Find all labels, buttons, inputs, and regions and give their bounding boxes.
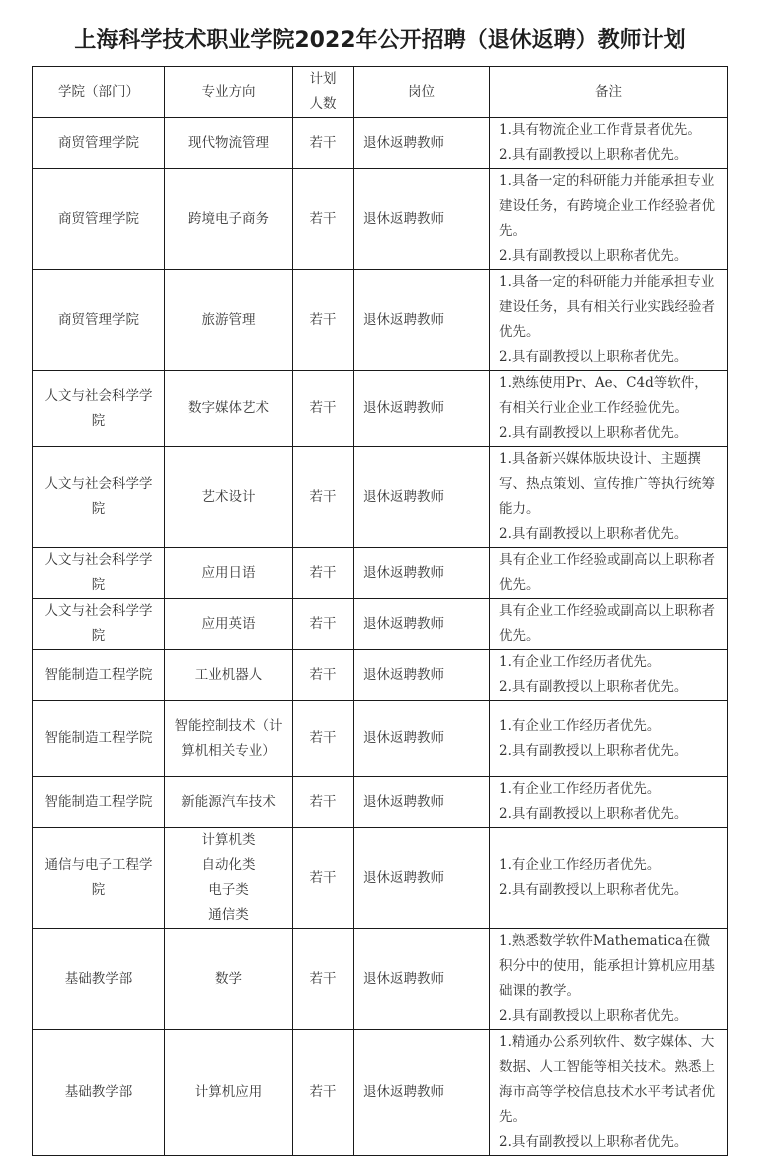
cell-college: 基础教学部 [33, 1030, 165, 1156]
header-post: 岗位 [354, 67, 490, 118]
cell-remark: 1.有企业工作经历者优先。2.具有副教授以上职称者优先。 [490, 777, 728, 828]
remark-line: 2.具有副教授以上职称者优先。 [499, 675, 721, 700]
cell-major: 数字媒体艺术 [165, 371, 293, 447]
remark-line: 2.具有副教授以上职称者优先。 [499, 345, 721, 370]
table-row: 人文与社会科学学院数字媒体艺术若干退休返聘教师1.熟练使用Pr、Ae、C4d等软… [33, 371, 728, 447]
remark-line: 2.具有副教授以上职称者优先。 [499, 739, 721, 764]
table-row: 商贸管理学院旅游管理若干退休返聘教师1.具备一定的科研能力并能承担专业建设任务，… [33, 270, 728, 371]
remark-line: 1.有企业工作经历者优先。 [499, 650, 721, 675]
table-row: 智能制造工程学院智能控制技术（计算机相关专业）若干退休返聘教师1.有企业工作经历… [33, 701, 728, 777]
cell-remark: 1.具备一定的科研能力并能承担专业建设任务，有跨境企业工作经验者优先。2.具有副… [490, 169, 728, 270]
cell-post: 退休返聘教师 [354, 169, 490, 270]
cell-major: 现代物流管理 [165, 118, 293, 169]
cell-post: 退休返聘教师 [354, 828, 490, 929]
cell-post: 退休返聘教师 [354, 447, 490, 548]
major-line: 跨境电子商务 [171, 207, 286, 232]
remark-line: 具有企业工作经验或副高以上职称者优先。 [499, 599, 721, 649]
cell-count: 若干 [293, 371, 354, 447]
cell-college: 商贸管理学院 [33, 169, 165, 270]
major-line: 现代物流管理 [171, 131, 286, 156]
remark-line: 2.具有副教授以上职称者优先。 [499, 802, 721, 827]
remark-line: 1.具备一定的科研能力并能承担专业建设任务，具有相关行业实践经验者优先。 [499, 270, 721, 345]
cell-post: 退休返聘教师 [354, 929, 490, 1030]
cell-count: 若干 [293, 599, 354, 650]
cell-remark: 1.具备一定的科研能力并能承担专业建设任务，具有相关行业实践经验者优先。2.具有… [490, 270, 728, 371]
cell-remark: 1.有企业工作经历者优先。2.具有副教授以上职称者优先。 [490, 701, 728, 777]
header-count: 计划 人数 [293, 67, 354, 118]
remark-line: 1.有企业工作经历者优先。 [499, 777, 721, 802]
cell-post: 退休返聘教师 [354, 777, 490, 828]
remark-line: 2.具有副教授以上职称者优先。 [499, 522, 721, 547]
cell-major: 计算机应用 [165, 1030, 293, 1156]
cell-count: 若干 [293, 118, 354, 169]
remark-line: 1.熟练使用Pr、Ae、C4d等软件，有相关行业企业工作经验优先。 [499, 371, 721, 421]
cell-college: 人文与社会科学学院 [33, 371, 165, 447]
cell-count: 若干 [293, 929, 354, 1030]
table-row: 基础教学部计算机应用若干退休返聘教师1.精通办公系列软件、数字媒体、大数据、人工… [33, 1030, 728, 1156]
cell-post: 退休返聘教师 [354, 548, 490, 599]
cell-remark: 1.有企业工作经历者优先。2.具有副教授以上职称者优先。 [490, 828, 728, 929]
remark-line: 具有企业工作经验或副高以上职称者优先。 [499, 548, 721, 598]
header-count-line1: 计划 [293, 67, 353, 92]
major-line: 自动化类 [171, 853, 286, 878]
cell-major: 新能源汽车技术 [165, 777, 293, 828]
header-remark: 备注 [490, 67, 728, 118]
cell-college: 智能制造工程学院 [33, 777, 165, 828]
page-title: 上海科学技术职业学院2022年公开招聘（退休返聘）教师计划 [0, 26, 760, 56]
cell-major: 艺术设计 [165, 447, 293, 548]
major-line: 计算机应用 [171, 1080, 286, 1105]
table-row: 人文与社会科学学院应用英语若干退休返聘教师具有企业工作经验或副高以上职称者优先。 [33, 599, 728, 650]
major-line: 新能源汽车技术 [171, 790, 286, 815]
cell-remark: 1.精通办公系列软件、数字媒体、大数据、人工智能等相关技术。熟悉上海市高等学校信… [490, 1030, 728, 1156]
cell-college: 基础教学部 [33, 929, 165, 1030]
remark-line: 1.具备一定的科研能力并能承担专业建设任务，有跨境企业工作经验者优先。 [499, 169, 721, 244]
table-row: 人文与社会科学学院艺术设计若干退休返聘教师1.具备新兴媒体版块设计、主题撰写、热… [33, 447, 728, 548]
table-row: 智能制造工程学院工业机器人若干退休返聘教师1.有企业工作经历者优先。2.具有副教… [33, 650, 728, 701]
table-row: 商贸管理学院跨境电子商务若干退休返聘教师1.具备一定的科研能力并能承担专业建设任… [33, 169, 728, 270]
remark-line: 2.具有副教授以上职称者优先。 [499, 421, 721, 446]
cell-major: 跨境电子商务 [165, 169, 293, 270]
major-line: 电子类 [171, 878, 286, 903]
table-row: 人文与社会科学学院应用日语若干退休返聘教师具有企业工作经验或副高以上职称者优先。 [33, 548, 728, 599]
cell-post: 退休返聘教师 [354, 650, 490, 701]
cell-count: 若干 [293, 447, 354, 548]
major-line: 工业机器人 [171, 663, 286, 688]
major-line: 数学 [171, 967, 286, 992]
cell-post: 退休返聘教师 [354, 701, 490, 777]
table-row: 商贸管理学院现代物流管理若干退休返聘教师1.具有物流企业工作背景者优先。2.具有… [33, 118, 728, 169]
cell-count: 若干 [293, 169, 354, 270]
major-line: 应用日语 [171, 561, 286, 586]
cell-college: 人文与社会科学学院 [33, 447, 165, 548]
major-line: 计算机类 [171, 828, 286, 853]
major-line: 应用英语 [171, 612, 286, 637]
remark-line: 1.熟悉数学软件Mathematica在微积分中的使用，能承担计算机应用基础课的… [499, 929, 721, 1004]
major-line: 数字媒体艺术 [171, 396, 286, 421]
cell-remark: 具有企业工作经验或副高以上职称者优先。 [490, 548, 728, 599]
table-body: 商贸管理学院现代物流管理若干退休返聘教师1.具有物流企业工作背景者优先。2.具有… [33, 118, 728, 1156]
cell-remark: 1.具备新兴媒体版块设计、主题撰写、热点策划、宣传推广等执行统筹能力。2.具有副… [490, 447, 728, 548]
cell-post: 退休返聘教师 [354, 118, 490, 169]
cell-major: 应用日语 [165, 548, 293, 599]
table-row: 基础教学部数学若干退休返聘教师1.熟悉数学软件Mathematica在微积分中的… [33, 929, 728, 1030]
cell-major: 工业机器人 [165, 650, 293, 701]
table-row: 通信与电子工程学院计算机类自动化类电子类通信类若干退休返聘教师1.有企业工作经历… [33, 828, 728, 929]
cell-count: 若干 [293, 828, 354, 929]
major-line: 旅游管理 [171, 308, 286, 333]
cell-college: 智能制造工程学院 [33, 650, 165, 701]
cell-post: 退休返聘教师 [354, 599, 490, 650]
cell-count: 若干 [293, 270, 354, 371]
remark-line: 2.具有副教授以上职称者优先。 [499, 1004, 721, 1029]
cell-major: 旅游管理 [165, 270, 293, 371]
cell-remark: 1.熟练使用Pr、Ae、C4d等软件，有相关行业企业工作经验优先。2.具有副教授… [490, 371, 728, 447]
cell-major: 数学 [165, 929, 293, 1030]
cell-post: 退休返聘教师 [354, 270, 490, 371]
cell-college: 通信与电子工程学院 [33, 828, 165, 929]
cell-count: 若干 [293, 777, 354, 828]
major-line: 智能控制技术（计算机相关专业） [171, 714, 286, 764]
remark-line: 1.精通办公系列软件、数字媒体、大数据、人工智能等相关技术。熟悉上海市高等学校信… [499, 1030, 721, 1130]
table-row: 智能制造工程学院新能源汽车技术若干退休返聘教师1.有企业工作经历者优先。2.具有… [33, 777, 728, 828]
cell-post: 退休返聘教师 [354, 1030, 490, 1156]
remark-line: 2.具有副教授以上职称者优先。 [499, 143, 721, 168]
cell-count: 若干 [293, 701, 354, 777]
cell-college: 智能制造工程学院 [33, 701, 165, 777]
cell-remark: 1.熟悉数学软件Mathematica在微积分中的使用，能承担计算机应用基础课的… [490, 929, 728, 1030]
cell-college: 人文与社会科学学院 [33, 599, 165, 650]
cell-major: 应用英语 [165, 599, 293, 650]
cell-count: 若干 [293, 548, 354, 599]
header-count-line2: 人数 [293, 92, 353, 117]
cell-remark: 1.具有物流企业工作背景者优先。2.具有副教授以上职称者优先。 [490, 118, 728, 169]
cell-remark: 具有企业工作经验或副高以上职称者优先。 [490, 599, 728, 650]
remark-line: 2.具有副教授以上职称者优先。 [499, 878, 721, 903]
recruitment-plan-table: 学院（部门） 专业方向 计划 人数 岗位 备注 商贸管理学院现代物流管理若干退休… [32, 66, 728, 1156]
major-line: 艺术设计 [171, 485, 286, 510]
cell-post: 退休返聘教师 [354, 371, 490, 447]
cell-count: 若干 [293, 1030, 354, 1156]
cell-remark: 1.有企业工作经历者优先。2.具有副教授以上职称者优先。 [490, 650, 728, 701]
remark-line: 1.有企业工作经历者优先。 [499, 853, 721, 878]
remark-line: 2.具有副教授以上职称者优先。 [499, 1130, 721, 1155]
cell-major: 智能控制技术（计算机相关专业） [165, 701, 293, 777]
header-college: 学院（部门） [33, 67, 165, 118]
major-line: 通信类 [171, 903, 286, 928]
header-major: 专业方向 [165, 67, 293, 118]
remark-line: 1.具有物流企业工作背景者优先。 [499, 118, 721, 143]
cell-count: 若干 [293, 650, 354, 701]
cell-college: 商贸管理学院 [33, 118, 165, 169]
cell-college: 商贸管理学院 [33, 270, 165, 371]
remark-line: 1.具备新兴媒体版块设计、主题撰写、热点策划、宣传推广等执行统筹能力。 [499, 447, 721, 522]
remark-line: 1.有企业工作经历者优先。 [499, 714, 721, 739]
remark-line: 2.具有副教授以上职称者优先。 [499, 244, 721, 269]
cell-major: 计算机类自动化类电子类通信类 [165, 828, 293, 929]
table-header-row: 学院（部门） 专业方向 计划 人数 岗位 备注 [33, 67, 728, 118]
cell-college: 人文与社会科学学院 [33, 548, 165, 599]
